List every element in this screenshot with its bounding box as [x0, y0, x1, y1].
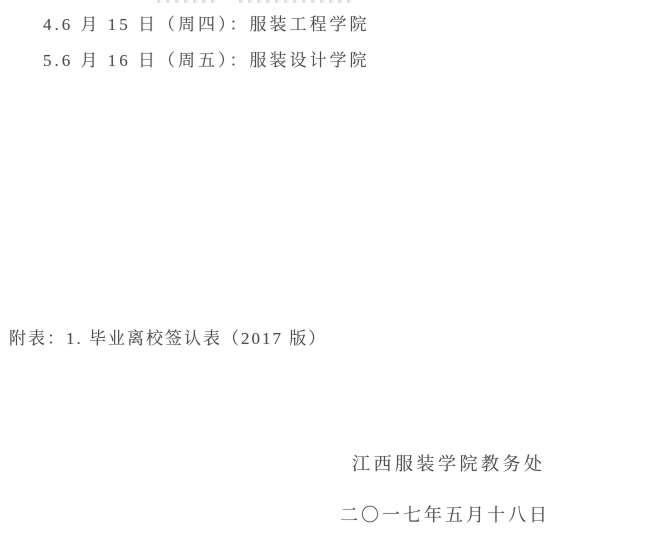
schedule-item-4: 4.6 月 15 日（周四）：服装工程学院 — [43, 10, 370, 35]
signature-date: 二〇一七年五月十八日 — [340, 501, 550, 527]
document-page: 4.6 月 15 日（周四）：服装工程学院 5.6 月 16 日（周五）：服装设… — [0, 0, 650, 538]
signature-organization: 江西服装学院教务处 — [352, 450, 546, 476]
text-fragment — [157, 0, 217, 3]
text-fragment — [239, 0, 355, 3]
attachment-note: 附表：1. 毕业离校签认表（2017 版） — [9, 324, 327, 349]
schedule-item-5: 5.6 月 16 日（周五）：服装设计学院 — [43, 46, 370, 71]
